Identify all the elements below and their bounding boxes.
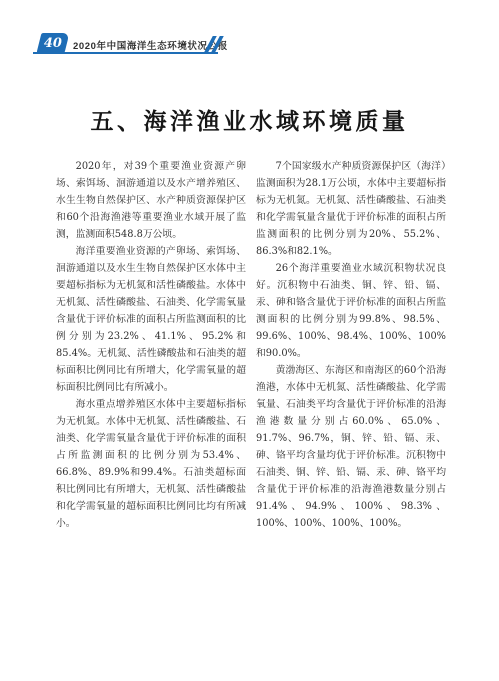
paragraph: 黄渤海区、东海区和南海区的60个沿海渔港，水体中无机氮、活性磷酸盐、化学需氧量、… [256,362,446,532]
page-number-badge: 40 [37,33,70,53]
right-column: 7个国家级水产种质资源保护区（海洋）监测面积为28.1万公顷，水体中主要超标指标… [256,158,446,532]
paragraph: 海水重点增养殖区水体中主要超标指标为无机氮。水体中无机氮、活性磷酸盐、石油类、化… [56,396,246,532]
body-columns: 2020年，对39个重要渔业资源产卵场、索饵场、洄游通道以及水产增养殖区、水生生… [56,158,446,532]
paragraph: 7个国家级水产种质资源保护区（海洋）监测面积为28.1万公顷，水体中主要超标指标… [256,158,446,260]
paragraph: 海洋重要渔业资源的产卵场、索饵场、洄游通道以及水生生物自然保护区水体中主要超标指… [56,243,246,396]
chapter-title: 五、海洋渔业水域环境质量 [0,103,499,136]
page-header: 40 2020年中国海洋生态环境状况公报 [0,0,499,60]
paragraph: 2020年，对39个重要渔业资源产卵场、索饵场、洄游通道以及水产增养殖区、水生生… [56,158,246,243]
page-number: 40 [44,36,62,51]
double-slash-icon [208,36,218,54]
report-page: 40 2020年中国海洋生态环境状况公报 五、海洋渔业水域环境质量 2020年，… [0,0,499,681]
paragraph: 26个海洋重要渔业水域沉积物状况良好。沉积物中石油类、铜、锌、铅、镉、汞、砷和铬… [256,260,446,362]
left-column: 2020年，对39个重要渔业资源产卵场、索饵场、洄游通道以及水产增养殖区、水生生… [56,158,246,532]
